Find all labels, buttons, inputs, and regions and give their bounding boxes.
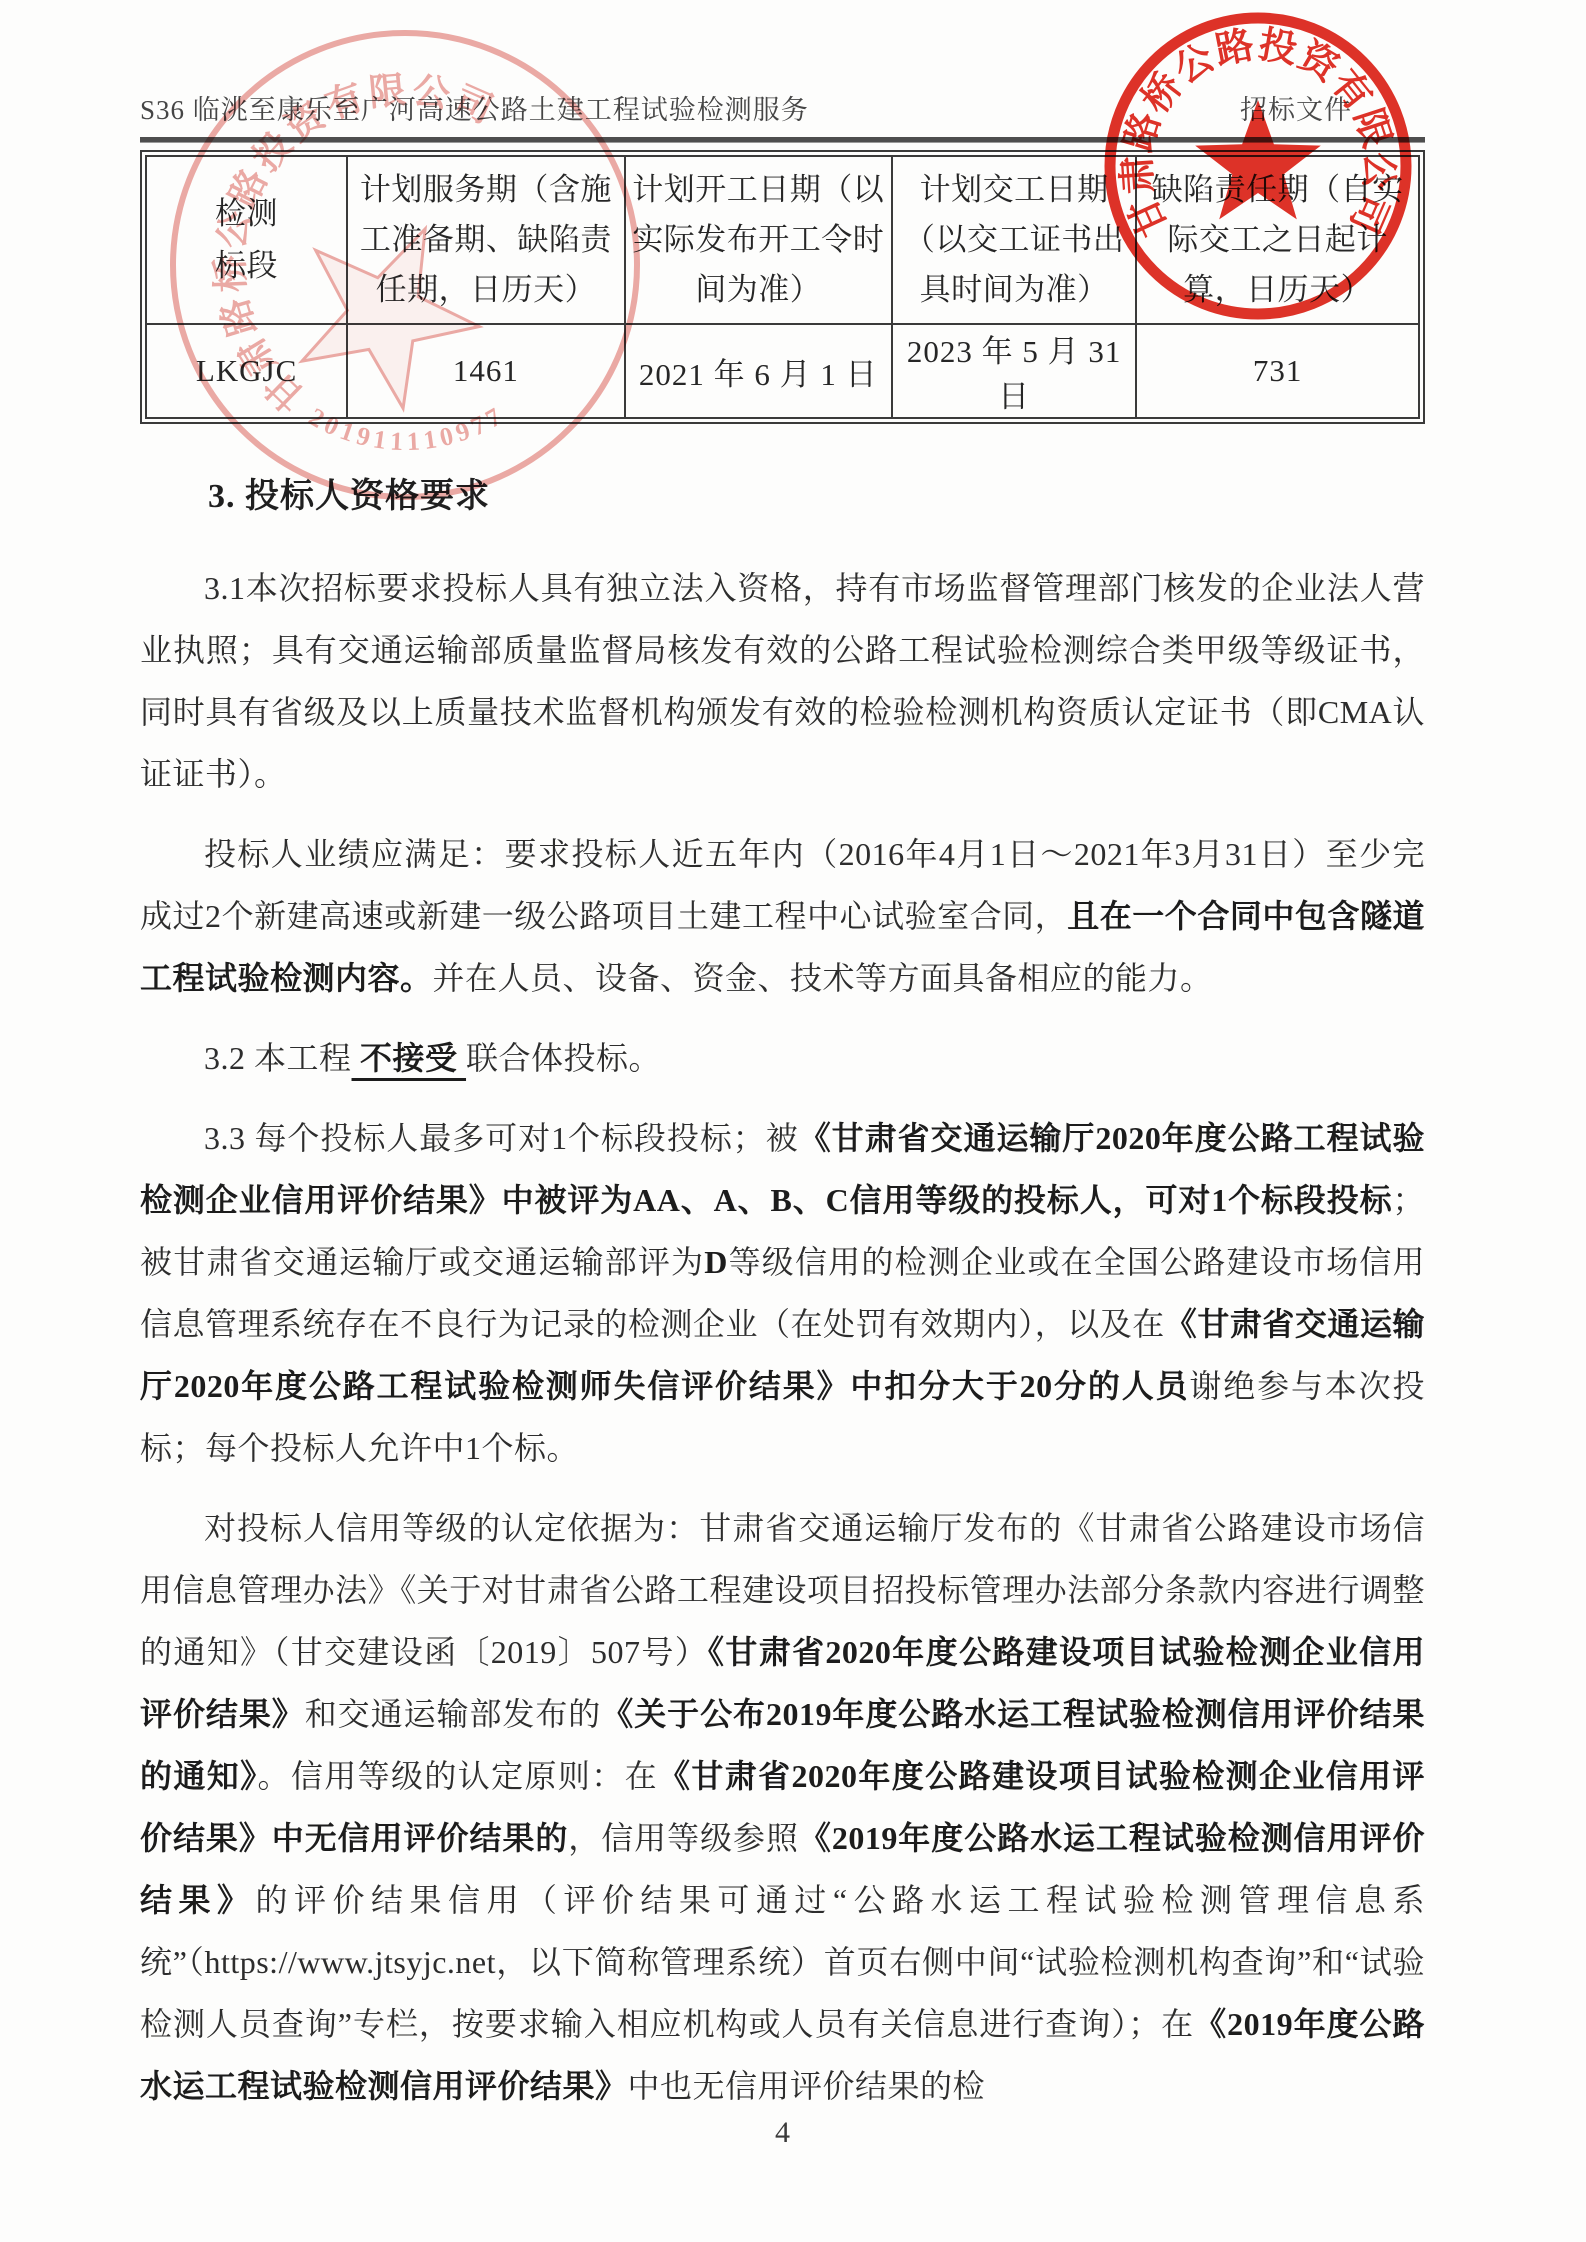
- document-type-label: 招标文件: [1240, 92, 1352, 128]
- table-header-cell: 计划开工日期（以实际发布开工令时间为准）: [625, 156, 892, 324]
- table-cell-start-date: 2021 年 6 月 1 日: [625, 324, 892, 418]
- paragraph-credit-basis: 对投标人信用等级的认定依据为：甘肃省交通运输厅发布的《甘肃省公路建设市场信用信息…: [140, 1497, 1425, 2117]
- header-divider: [140, 137, 1425, 143]
- table-header-cell: 缺陷责任期（自实际交工之日起计算，日历天）: [1136, 156, 1419, 324]
- table-cell-defect-period: 731: [1136, 324, 1419, 418]
- document-title: S36 临洮至康乐至广河高速公路土建工程试验检测服务: [140, 92, 809, 128]
- text-segment: 并在人员、设备、资金、技术等方面具备相应的能力。: [433, 960, 1213, 996]
- text-segment: D: [704, 1244, 728, 1280]
- text-segment: 3.2 本工程: [204, 1040, 352, 1076]
- text-segment: ，信用等级参照: [568, 1820, 799, 1856]
- document-header: S36 临洮至康乐至广河高速公路土建工程试验检测服务 招标文件: [140, 92, 1425, 128]
- document-content: S36 临洮至康乐至广河高速公路土建工程试验检测服务 招标文件 检测标段 计划服…: [140, 92, 1425, 2242]
- paragraph-consortium: 3.2 本工程 不接受 联合体投标。: [140, 1027, 1425, 1089]
- table-header-cell: 计划服务期（含施工准备期、缺陷责任期，日历天）: [347, 156, 625, 324]
- table-cell-service-period: 1461: [347, 324, 625, 418]
- text-segment: 联合体投标。: [466, 1040, 661, 1076]
- table-header-cell: 检测标段: [146, 156, 347, 324]
- page-number: 4: [140, 2116, 1425, 2150]
- paragraph-performance: 投标人业绩应满足：要求投标人近五年内（2016年4月1日～2021年3月31日）…: [140, 823, 1425, 1009]
- section-heading: 3. 投标人资格要求: [140, 468, 1425, 517]
- paragraph-qualification: 3.1本次招标要求投标人具有独立法入资格，持有市场监督管理部门核发的企业法人营业…: [140, 557, 1425, 805]
- text-segment: 和交通运输部发布的: [305, 1696, 602, 1732]
- table-header-text: 检测标段: [211, 188, 282, 292]
- table-cell-handover-date: 2023 年 5 月 31 日: [892, 324, 1136, 418]
- schedule-table: 检测标段 计划服务期（含施工准备期、缺陷责任期，日历天） 计划开工日期（以实际发…: [140, 150, 1425, 424]
- document-page: S36 临洮至康乐至广河高速公路土建工程试验检测服务 招标文件 检测标段 计划服…: [0, 0, 1586, 2242]
- text-segment: 不接受: [352, 1040, 467, 1076]
- text-segment: 中也无信用评价结果的检: [628, 2068, 986, 2104]
- table-cell-section: LKGJC: [146, 324, 347, 418]
- paragraph-credit-rating: 3.3 每个投标人最多可对1个标段投标；被《甘肃省交通运输厅2020年度公路工程…: [140, 1107, 1425, 1479]
- table-row: LKGJC 1461 2021 年 6 月 1 日 2023 年 5 月 31 …: [146, 324, 1419, 418]
- table-header-cell: 计划交工日期（以交工证书出具时间为准）: [892, 156, 1136, 324]
- table-header-row: 检测标段 计划服务期（含施工准备期、缺陷责任期，日历天） 计划开工日期（以实际发…: [146, 156, 1419, 324]
- text-segment: 3.3 每个投标人最多可对1个标段投标；被: [204, 1120, 799, 1156]
- text-segment: 。信用等级的认定原则：在: [258, 1758, 659, 1794]
- text-segment: 3.1本次招标要求投标人具有独立法入资格，持有市场监督管理部门核发的企业法人营业…: [140, 570, 1425, 792]
